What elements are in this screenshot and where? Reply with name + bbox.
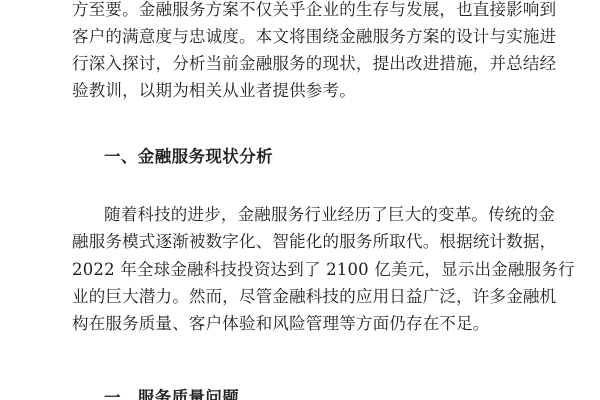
document-page: 方至要。金融服务方案不仅关乎企业的生存与发展，也直接影响到 客户的满意度与忠诚度…: [0, 0, 600, 400]
section1-line-2: 融服务模式逐渐被数字化、智能化的服务所取代。根据统计数据，: [72, 232, 528, 252]
intro-line-3: 行深入探讨，分析当前金融服务的现状，提出改进措施，并总结经: [72, 54, 528, 74]
intro-line-1: 方至要。金融服务方案不仅关乎企业的生存与发展，也直接影响到: [72, 0, 528, 20]
section1-line-1: 随着科技的进步，金融服务行业经历了巨大的变革。传统的金: [104, 205, 528, 225]
intro-line-4: 验教训，以期为相关从业者提供参考。: [72, 81, 528, 101]
section1-line-5: 构在服务质量、客户体验和风险管理等方面仍存在不足。: [72, 314, 528, 334]
section-heading-1: 一、金融服务现状分析: [104, 147, 273, 167]
section-heading-2-partial: 一、服务质量问题: [104, 388, 239, 400]
section1-line-4: 业的巨大潜力。然而，尽管金融科技的应用日益广泛，许多金融机: [72, 287, 528, 307]
intro-line-2: 客户的满意度与忠诚度。本文将围绕金融服务方案的设计与实施进: [72, 27, 528, 47]
section1-line-3: 2022 年全球金融科技投资达到了 2100 亿美元，显示出金融服务行: [72, 260, 528, 280]
